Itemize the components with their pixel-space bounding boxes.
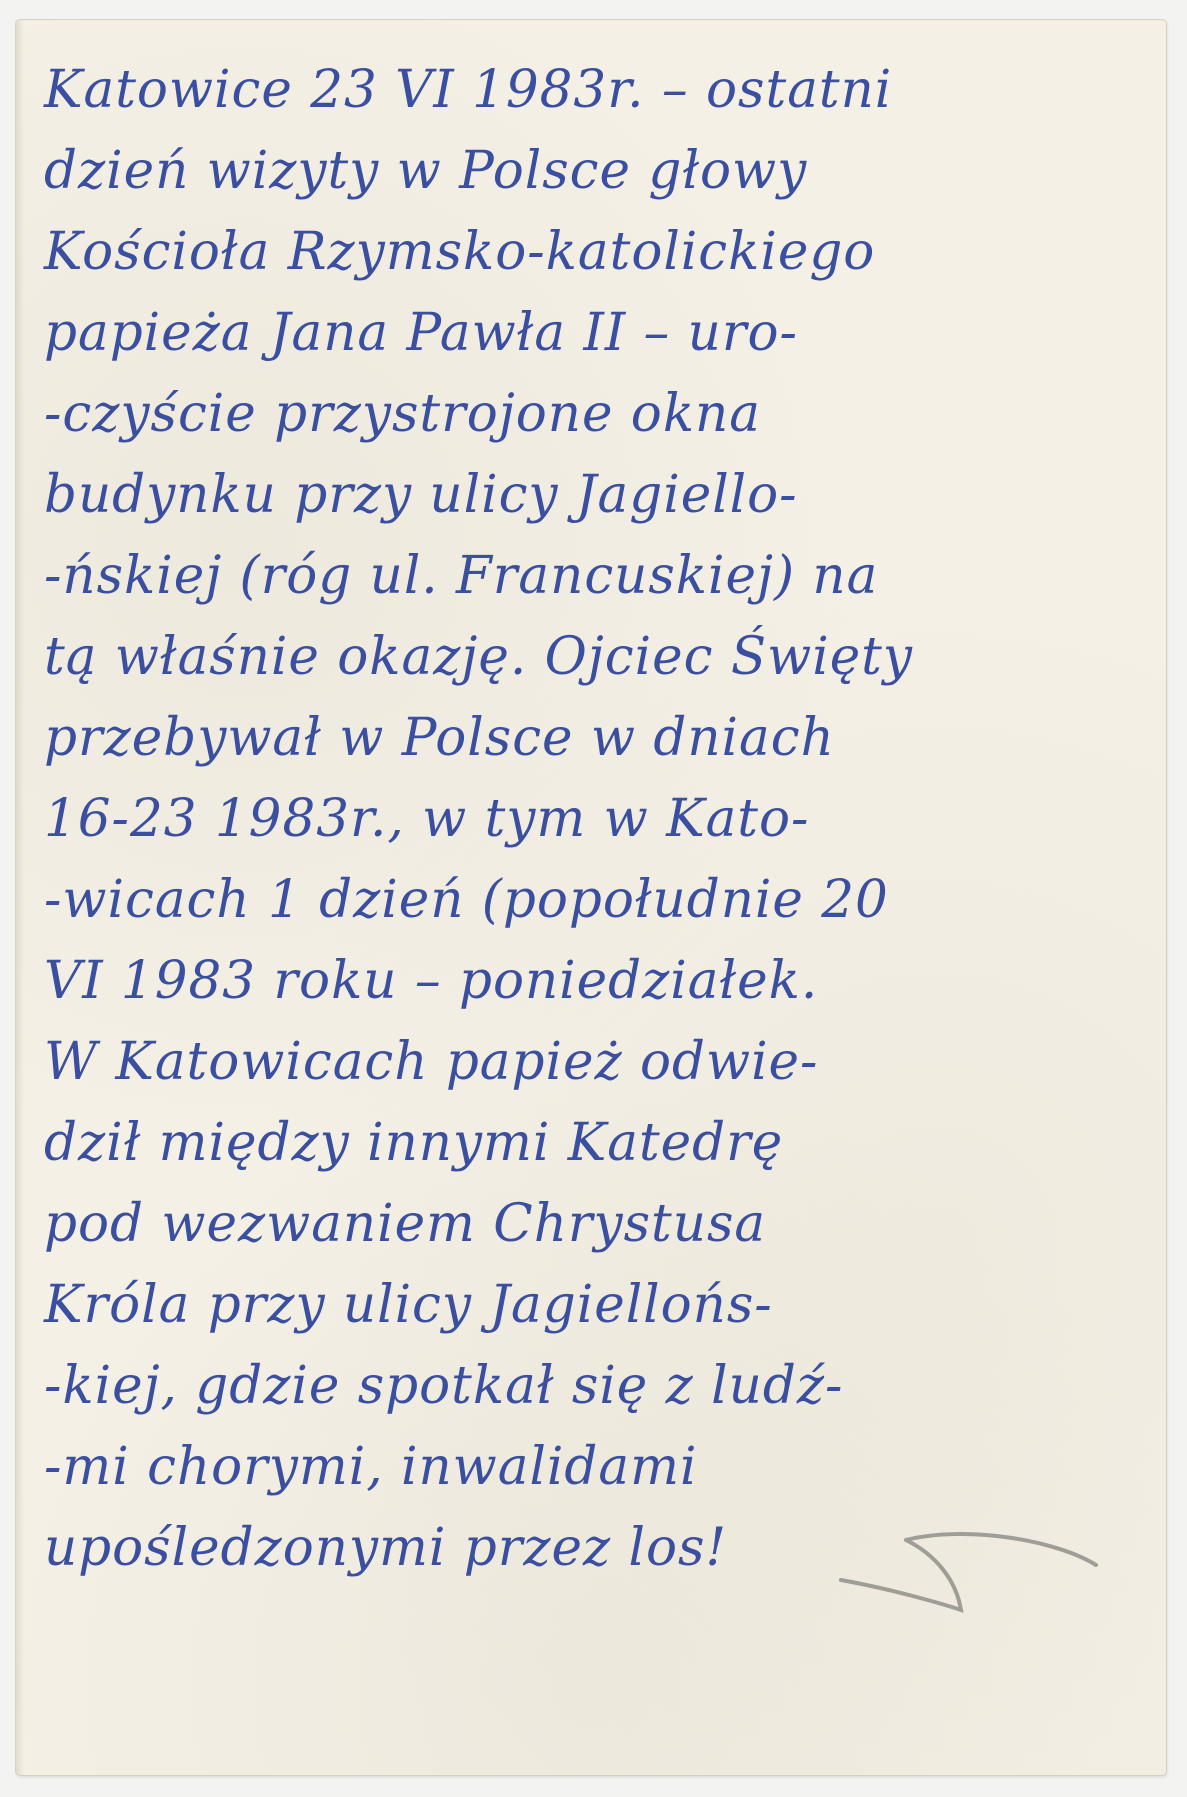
- text-line: dzień wizyty w Polsce głowy: [44, 131, 1154, 212]
- text-line: papieża Jana Pawła II – uro-: [44, 293, 1154, 374]
- text-line: przebywał w Polsce w dniach: [44, 698, 1154, 779]
- postcard: Katowice 23 VI 1983r. – ostatni dzień wi…: [16, 20, 1166, 1775]
- text-line: budynku przy ulicy Jagiello-: [44, 455, 1154, 536]
- pencil-mark-icon: [836, 1520, 1116, 1630]
- text-line: VI 1983 roku – poniedziałek.: [44, 941, 1154, 1022]
- text-line: Kościoła Rzymsko-katolickiego: [44, 212, 1154, 293]
- text-line: 16-23 1983r., w tym w Kato-: [44, 779, 1154, 860]
- text-line: pod wezwaniem Chrystusa: [44, 1184, 1154, 1265]
- text-line: Króla przy ulicy Jagiellońs-: [44, 1265, 1154, 1346]
- text-line: W Katowicach papież odwie-: [44, 1022, 1154, 1103]
- text-line: tą właśnie okazję. Ojciec Święty: [44, 617, 1154, 698]
- text-line: dził między innymi Katedrę: [44, 1103, 1154, 1184]
- handwritten-text: Katowice 23 VI 1983r. – ostatni dzień wi…: [44, 50, 1164, 1589]
- text-line: Katowice 23 VI 1983r. – ostatni: [44, 50, 1154, 131]
- text-line: -mi chorymi, inwalidami: [44, 1427, 1154, 1508]
- text-line: -czyście przystrojone okna: [44, 374, 1154, 455]
- text-line: -kiej, gdzie spotkał się z ludź-: [44, 1346, 1154, 1427]
- text-line: -wicach 1 dzień (popołudnie 20: [44, 860, 1154, 941]
- text-line: -ńskiej (róg ul. Francuskiej) na: [44, 536, 1154, 617]
